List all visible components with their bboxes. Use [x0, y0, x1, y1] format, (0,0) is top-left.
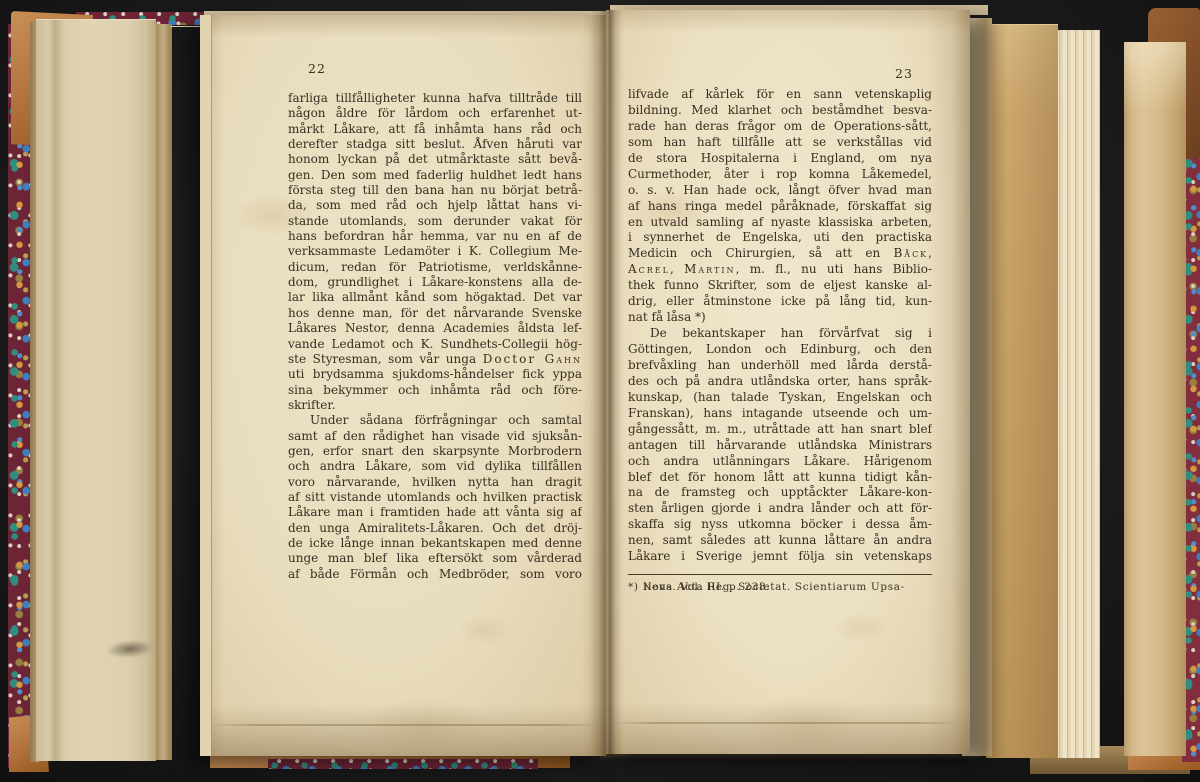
left-page: 22 farliga tillfålligheter kunna hafva t… [200, 15, 606, 756]
text-line: des och på andra utlåndska orter, hans s… [628, 374, 932, 390]
text-segment: Acrel [628, 262, 670, 276]
cream-sheet-edge [1098, 36, 1126, 758]
text-line: nen, samt således att kunna låttare ån a… [628, 533, 932, 549]
text-line: hos denne man, för det nårvarande Svensk… [288, 306, 582, 321]
text-line: i synnerhet de Engelska, uti den practis… [628, 230, 932, 246]
text-line: lar lika allmånt kånd som högaktad. Det … [288, 290, 582, 305]
text-line: skrifter. [288, 398, 582, 413]
text-line: brefvåxling han underhöll med lårda ders… [628, 358, 932, 374]
text-line: Acrel, Martin, m. fl., nu uti hans Bibli… [628, 262, 932, 278]
text-line: gen. Den som med faderlig huldhet ledt h… [288, 168, 582, 183]
text-line: nat få låsa *) [628, 310, 932, 326]
text-line: af både Förmån och Medbröder, som voro [288, 567, 582, 582]
text-line: dom, grundlighet i Låkare-konstens alla … [288, 275, 582, 290]
text-line: de stora Hospitalerna i England, om nya [628, 151, 932, 167]
text-line: bildning. Med klarhet och beståmdhet bes… [628, 103, 932, 119]
text-line: antagen till hårvarande utlåndska Minist… [628, 438, 932, 454]
text-line: Göttingen, London och Edinburg, och den [628, 342, 932, 358]
text-line: rade han deras frågor om de Operations-s… [628, 119, 932, 135]
footnote-rule [628, 574, 932, 575]
text-line: hans befordran hår hemma, var nu en af d… [288, 229, 582, 244]
text-line: Franskan), hans intagande utseende och u… [628, 406, 932, 422]
text-segment: , [928, 246, 932, 260]
text-line: skaffa sig nyss utkomna böcker i dessa å… [628, 517, 932, 533]
text-line: lifvade af kårlek för en sann vetenskapl… [628, 87, 932, 103]
endpaper-tan [1124, 42, 1186, 756]
text-line: sina bekymmer och inhåmta råd och före- [288, 383, 582, 398]
text-line: första steg till den bana han nu börjat … [288, 183, 582, 198]
text-segment: Doctor [483, 352, 545, 366]
text-line: Låkare man i framtiden hade att vånta si… [288, 505, 582, 520]
text-line: dicum, redan för Patriotisme, verldskånn… [288, 260, 582, 275]
text-line: thek funno Skrifter, som de eljest kansk… [628, 278, 932, 294]
text-segment: Medicin och Chirurgien, så att en [628, 246, 893, 260]
text-line: och andra utlånningars Låkare. Hårigenom [628, 454, 932, 470]
text-line: Medicin och Chirurgien, så att en Båck, [628, 246, 932, 262]
text-segment: , [670, 262, 684, 276]
text-line: unge man blef lika eftersökt som vårdera… [288, 551, 582, 566]
text-line: de icke långe innan bekantskapen med den… [288, 536, 582, 551]
text-line: De bekantskaper han förvårfvat sig i [628, 326, 932, 342]
text-line: mårkt Låkare, att få inhåmta hans råd oc… [288, 122, 582, 137]
text-line: stande utomlands, som derunder vakat för [288, 214, 582, 229]
footnote-line: liens. Vol. III. p. 238. [628, 580, 770, 595]
under-page-strip [170, 26, 202, 758]
text-line: som han haft tillfålle att se verkstålla… [628, 135, 932, 151]
text-line: gen, erfor snart den skarpsynte Morbrode… [288, 444, 582, 459]
text-line: den unga Amiralitets-Låkaren. Och det dr… [288, 521, 582, 536]
text-segment: Martin [684, 262, 735, 276]
text-line: ste Styresman, som vår unga Doctor Gahn [288, 352, 582, 367]
text-line: af hans ringa medel påråknade, förskaffa… [628, 199, 932, 215]
left-page-text: farliga tillfålligheter kunna hafva till… [288, 91, 582, 582]
text-line: och andra Låkare, som vid dylika tillfål… [288, 459, 582, 474]
page-number-22: 22 [308, 61, 326, 76]
text-segment: Båck [893, 246, 928, 260]
text-line: voro nårvarande, hvilken nytta han dragi… [288, 475, 582, 490]
text-line: af sitt vistande utomlands och hvilken p… [288, 490, 582, 505]
right-page: 23 lifvade af kårlek för en sann vetensk… [606, 10, 970, 754]
text-line: honom lyckan på det utmårktaste sått bev… [288, 152, 582, 167]
footnote: *) Nova Acta Reg. Societat. Scientiarum … [628, 574, 932, 580]
text-line: Under sådana förfrågningar och samtal [288, 413, 582, 428]
text-line: sten årligen gjorde i andra lånder och a… [628, 501, 932, 517]
text-line: farliga tillfålligheter kunna hafva till… [288, 91, 582, 106]
text-segment: Gahn [545, 352, 582, 366]
right-page-bottom-crease [614, 722, 958, 724]
text-line: vande Ledamot och K. Sundhets-Collegii h… [288, 337, 582, 352]
sheet-stack-edges [1056, 30, 1100, 758]
text-line: kunskap, (han talade Tyskan, Engelskan o… [628, 390, 932, 406]
page-number-23: 23 [895, 66, 913, 81]
text-line: samt af den rådighet han visade vid sjuk… [288, 429, 582, 444]
kraft-page-edge [986, 24, 1058, 758]
book-photo: 23 lifvade af kårlek för en sann vetensk… [0, 0, 1200, 782]
text-line: blef det för honom lått att kunna tidigt… [628, 470, 932, 486]
text-line: Curmethoder, åter i rop komna Låkemedel, [628, 167, 932, 183]
text-segment: ste Styresman, som vår unga [288, 352, 483, 366]
text-line: da, som med råd och hjelp låttat hans vi… [288, 198, 582, 213]
text-line: na de framsteg och upptåckter Låkare-kon… [628, 485, 932, 501]
text-line: uti brydsamma sjukdoms-håndelser fick yp… [288, 367, 582, 382]
text-segment: , m. fl., nu uti hans Biblio- [736, 262, 932, 276]
bottom-marbled-sliver [268, 759, 538, 769]
text-line: Låkare i Sverige jemnt följa sin vetensk… [628, 549, 932, 565]
text-line: Låkares Nestor, denna Academies åldsta l… [288, 321, 582, 336]
text-line: gångessått, m. m., utråttade att han sna… [628, 422, 932, 438]
left-page-bottom-crease [210, 724, 600, 726]
right-page-text: lifvade af kårlek för en sann vetenskapl… [628, 87, 932, 565]
text-line: drig, eller åtminstone icke på lång tid,… [628, 294, 932, 310]
text-line: verksammaste Ledamöter i K. Collegium Me… [288, 244, 582, 259]
text-line: en utvald samling af nyaste klassiska ar… [628, 215, 932, 231]
ink-smudge [105, 638, 154, 659]
text-line: derefter stadga sitt beslut. Åfven hårut… [288, 137, 582, 152]
text-line: någon åldre för lårdom och erfarenhet ut… [288, 106, 582, 121]
text-line: o. s. v. Han hade ock, långt öfver hvad … [628, 183, 932, 199]
